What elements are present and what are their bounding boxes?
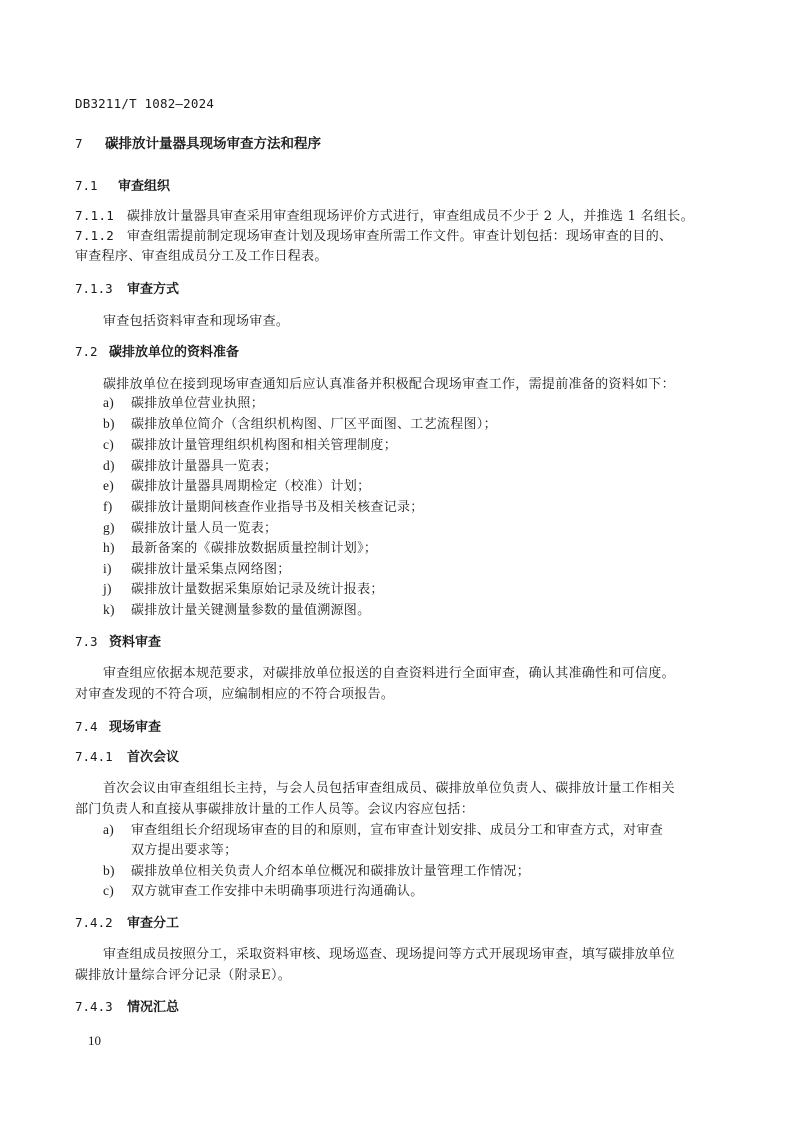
list-label: e) bbox=[103, 478, 131, 494]
list-label: k) bbox=[103, 602, 131, 618]
clause-title: 首次会议 bbox=[127, 750, 179, 765]
clause-heading-7-4-2: 7.4.2审查分工 bbox=[75, 912, 179, 931]
list-item: e)碳排放计量器具周期检定（校准）计划； bbox=[103, 475, 370, 494]
paragraph: 审查组应依据本规范要求，对碳排放单位报送的自查资料进行全面审查，确认其准确性和可… bbox=[103, 662, 675, 681]
clause-number: 7.1.1 bbox=[75, 208, 127, 223]
clause-heading-7-4-1: 7.4.1首次会议 bbox=[75, 746, 179, 765]
list-text: 最新备案的《碳排放数据质量控制计划》； bbox=[131, 541, 377, 556]
list-item: h)最新备案的《碳排放数据质量控制计划》； bbox=[103, 537, 377, 556]
list-text: 碳排放计量器具一览表； bbox=[131, 459, 277, 474]
list-label: i) bbox=[103, 561, 131, 577]
paragraph-cont: 碳排放计量综合评分记录（附录E）。 bbox=[75, 964, 291, 983]
list-item: g)碳排放计量人员一览表； bbox=[103, 517, 277, 536]
document-page: DB3211/T 1082—2024 7碳排放计量器具现场审查方法和程序 7.1… bbox=[0, 0, 794, 1123]
section-number: 7 bbox=[75, 136, 105, 151]
list-item: b)碳排放单位简介（含组织机构图、厂区平面图、工艺流程图）； bbox=[103, 413, 497, 432]
list-text: 碳排放单位简介（含组织机构图、厂区平面图、工艺流程图）； bbox=[131, 417, 497, 432]
section-title: 资料审查 bbox=[109, 635, 161, 650]
list-item: c)双方就审查工作安排中未明确事项进行沟通确认。 bbox=[103, 880, 424, 899]
list-text: 碳排放计量器具周期检定（校准）计划； bbox=[131, 479, 370, 494]
list-text: 碳排放计量数据采集原始记录及统计报表； bbox=[131, 582, 384, 597]
clause-number: 7.4.2 bbox=[75, 915, 127, 930]
section-heading-7-2: 7.2碳排放单位的资料准备 bbox=[75, 341, 239, 360]
list-text: 双方就审查工作安排中未明确事项进行沟通确认。 bbox=[131, 884, 424, 899]
list-text: 碳排放单位营业执照； bbox=[131, 396, 264, 411]
section-title: 碳排放计量器具现场审查方法和程序 bbox=[105, 136, 321, 152]
paragraph: 审查组成员按照分工，采取资料审核、现场巡查、现场提问等方式开展现场审查，填写碳排… bbox=[103, 943, 675, 962]
list-text: 碳排放计量人员一览表； bbox=[131, 521, 277, 536]
paragraph: 碳排放单位在接到现场审查通知后应认真准备并积极配合现场审查工作，需提前准备的资料… bbox=[103, 373, 675, 392]
list-text: 碳排放单位相关负责人介绍本单位概况和碳排放计量管理工作情况； bbox=[131, 864, 530, 879]
clause-7-1-1: 7.1.1碳排放计量器具审查采用审查组现场评价方式进行，审查组成员不少于 2 人… bbox=[75, 205, 694, 224]
section-number: 7.3 bbox=[75, 634, 109, 649]
clause-7-1-2: 7.1.2审查组需提前制定现场审查计划及现场审查所需工作文件。审查计划包括：现场… bbox=[75, 225, 672, 244]
list-item-cont: 双方提出要求等； bbox=[131, 839, 237, 858]
list-label: g) bbox=[103, 520, 131, 536]
list-text: 碳排放计量关键测量参数的量值溯源图。 bbox=[131, 603, 370, 618]
section-number: 7.2 bbox=[75, 344, 109, 359]
list-text: 审查组组长介绍现场审查的目的和原则，宣布审查计划安排、成员分工和审查方式，对审查 bbox=[131, 823, 663, 838]
paragraph-cont: 部门负责人和直接从事碳排放计量的工作人员等。会议内容应包括： bbox=[75, 798, 474, 817]
document-code: DB3211/T 1082—2024 bbox=[75, 96, 214, 111]
clause-text: 审查组需提前制定现场审查计划及现场审查所需工作文件。审查计划包括：现场审查的目的… bbox=[127, 229, 672, 244]
clause-heading-7-1-3: 7.1.3审查方式 bbox=[75, 278, 179, 297]
section-heading-7-3: 7.3资料审查 bbox=[75, 631, 161, 650]
paragraph: 首次会议由审查组组长主持，与会人员包括审查组成员、碳排放单位负责人、碳排放计量工… bbox=[103, 777, 675, 796]
clause-heading-7-4-3: 7.4.3情况汇总 bbox=[75, 996, 179, 1015]
page-number: 10 bbox=[88, 1033, 101, 1049]
list-item: f)碳排放计量期间核查作业指导书及相关核查记录； bbox=[103, 496, 424, 515]
list-label: h) bbox=[103, 540, 131, 556]
list-label: b) bbox=[103, 416, 131, 432]
list-text: 碳排放计量采集点网络图； bbox=[131, 562, 291, 577]
clause-number: 7.4.3 bbox=[75, 999, 127, 1014]
section-heading-7: 7碳排放计量器具现场审查方法和程序 bbox=[75, 132, 321, 152]
paragraph-cont: 对审查发现的不符合项，应编制相应的不符合项报告。 bbox=[75, 683, 394, 702]
list-label: b) bbox=[103, 863, 131, 879]
list-text: 碳排放计量期间核查作业指导书及相关核查记录； bbox=[131, 500, 424, 515]
section-number: 7.4 bbox=[75, 719, 109, 734]
section-title: 现场审查 bbox=[109, 720, 161, 735]
clause-text: 碳排放计量器具审查采用审查组现场评价方式进行，审查组成员不少于 2 人，并推选 … bbox=[127, 209, 694, 224]
clause-7-1-2-cont: 审查程序、审查组成员分工及工作日程表。 bbox=[75, 245, 328, 264]
section-title: 碳排放单位的资料准备 bbox=[109, 345, 239, 360]
list-item: a)审查组组长介绍现场审查的目的和原则，宣布审查计划安排、成员分工和审查方式，对… bbox=[103, 819, 663, 838]
list-label: j) bbox=[103, 581, 131, 597]
clause-title: 情况汇总 bbox=[127, 1000, 179, 1015]
section-title: 审查组织 bbox=[118, 179, 170, 194]
list-label: d) bbox=[103, 458, 131, 474]
list-item: b)碳排放单位相关负责人介绍本单位概况和碳排放计量管理工作情况； bbox=[103, 860, 530, 879]
list-label: c) bbox=[103, 437, 131, 453]
list-label: f) bbox=[103, 499, 131, 515]
list-item: j)碳排放计量数据采集原始记录及统计报表； bbox=[103, 578, 384, 597]
section-heading-7-1: 7.1审查组织 bbox=[75, 175, 170, 194]
list-item: i)碳排放计量采集点网络图； bbox=[103, 558, 291, 577]
list-item: a)碳排放单位营业执照； bbox=[103, 392, 264, 411]
list-label: a) bbox=[103, 822, 131, 838]
list-label: c) bbox=[103, 883, 131, 899]
clause-number: 7.4.1 bbox=[75, 749, 127, 764]
list-item: d)碳排放计量器具一览表； bbox=[103, 455, 277, 474]
clause-title: 审查方式 bbox=[127, 282, 179, 297]
list-text: 碳排放计量管理组织机构图和相关管理制度； bbox=[131, 438, 397, 453]
clause-number: 7.1.3 bbox=[75, 281, 127, 296]
clause-number: 7.1.2 bbox=[75, 228, 127, 243]
clause-title: 审查分工 bbox=[127, 916, 179, 931]
list-label: a) bbox=[103, 395, 131, 411]
list-item: c)碳排放计量管理组织机构图和相关管理制度； bbox=[103, 434, 397, 453]
section-number: 7.1 bbox=[75, 178, 118, 193]
paragraph: 审查包括资料审查和现场审查。 bbox=[103, 310, 289, 329]
section-heading-7-4: 7.4现场审查 bbox=[75, 716, 161, 735]
list-item: k)碳排放计量关键测量参数的量值溯源图。 bbox=[103, 599, 370, 618]
